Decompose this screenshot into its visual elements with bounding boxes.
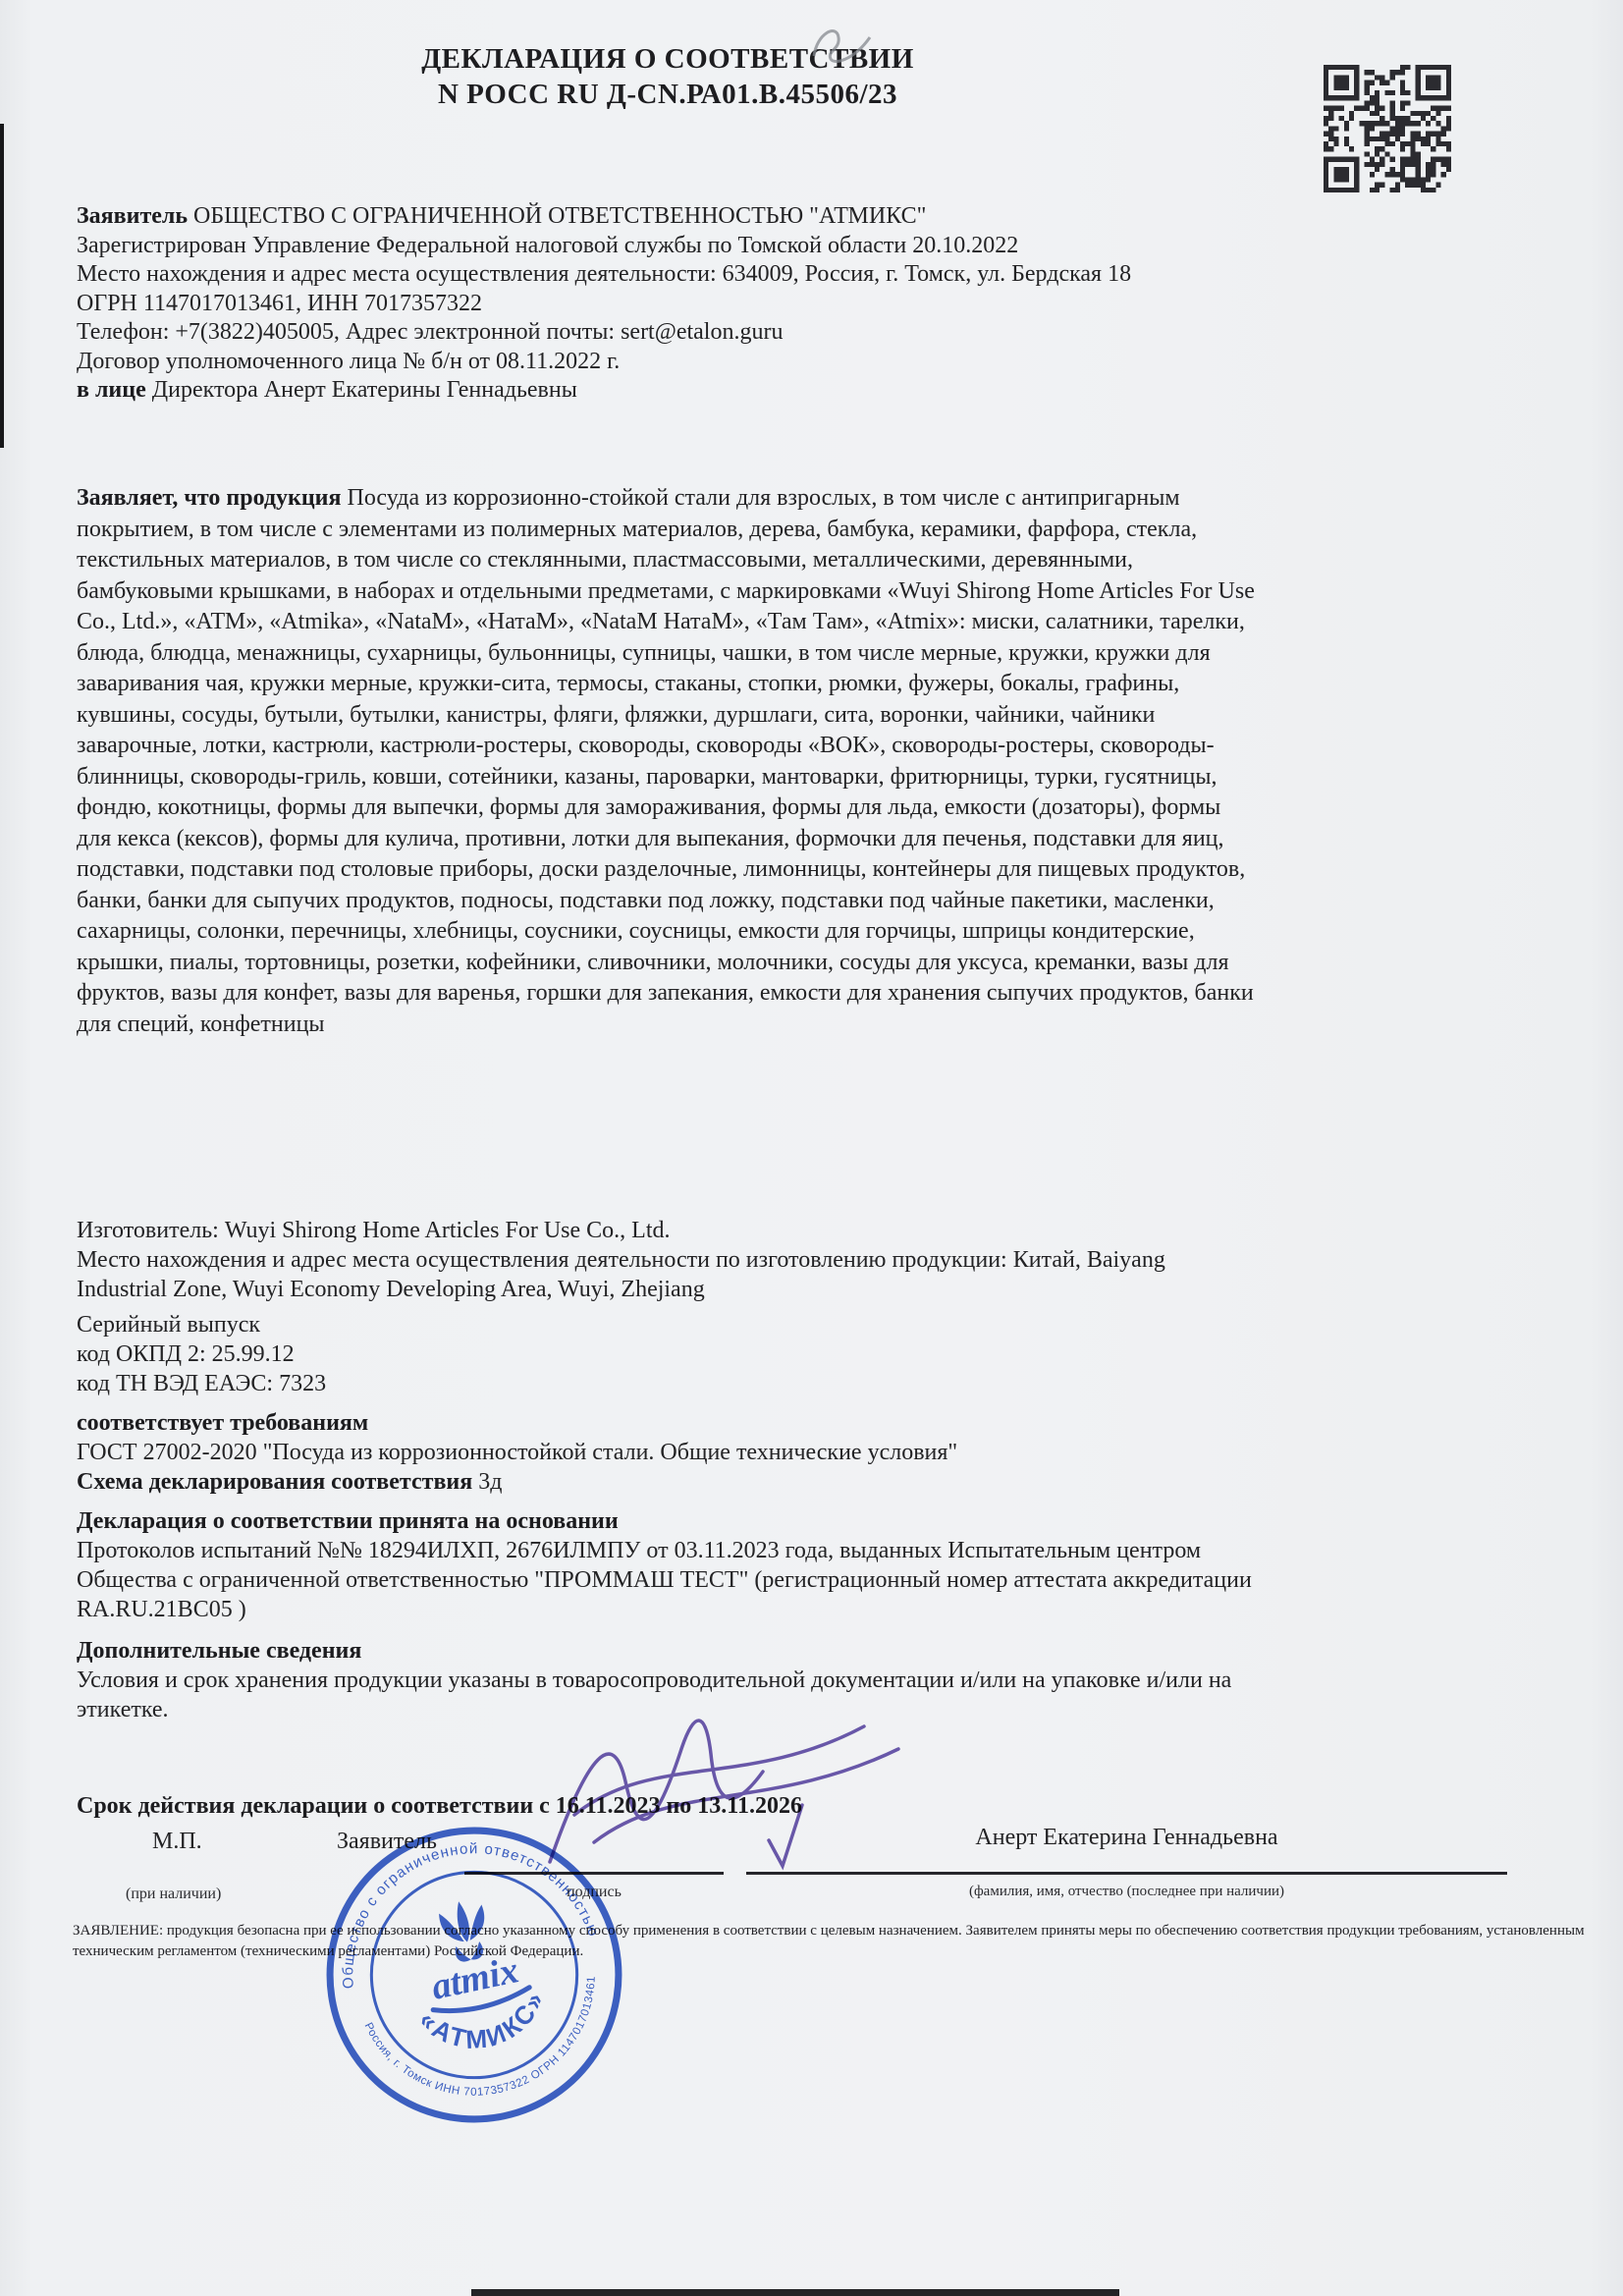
- okpd-code: код ОКПД 2: 25.99.12: [77, 1339, 1260, 1369]
- handwritten-signature: [535, 1695, 923, 1891]
- manufacturer-section: Изготовитель: Wuyi Shirong Home Articles…: [77, 1216, 1260, 1724]
- tnved-code: код ТН ВЭД ЕАЭС: 7323: [77, 1369, 1260, 1398]
- stamp-place-label: М.П.: [152, 1829, 202, 1855]
- applicant-name: ОБЩЕСТВО С ОГРАНИЧЕННОЙ ОТВЕТСТВЕННОСТЬЮ…: [193, 203, 926, 229]
- declaration-number: N РОСС RU Д-CN.РА01.В.45506/23: [79, 77, 1257, 112]
- declaration-schema-line: Схема декларирования соответствия 3д: [77, 1467, 1260, 1497]
- product-declaration-text: Посуда из коррозионно-стойкой стали для …: [77, 485, 1255, 1037]
- qr-code-icon: [1324, 65, 1451, 192]
- scan-artifact-bottom-bar: [471, 2289, 1119, 2296]
- qr-code: [1324, 65, 1451, 192]
- meets-requirements-label: соответствует требованиям: [77, 1410, 368, 1436]
- scan-artifact-pen-mark: [809, 22, 878, 66]
- applicant-section: Заявитель ОБЩЕСТВО С ОГРАНИЧЕННОЙ ОТВЕТС…: [77, 202, 1260, 406]
- product-declaration: Заявляет, что продукция Посуда из корроз…: [77, 483, 1260, 1040]
- applicant-in-person-line: в лице Директора Анерт Екатерины Геннадь…: [77, 376, 1260, 406]
- applicant-ogrn-inn: ОГРН 1147017013461, ИНН 7017357322: [77, 290, 1260, 319]
- in-person-label: в лице: [77, 377, 146, 403]
- scan-artifact-left-edge: [0, 124, 4, 448]
- product-declaration-label: Заявляет, что продукция: [77, 485, 341, 511]
- manufacturer-name: Изготовитель: Wuyi Shirong Home Articles…: [77, 1216, 1260, 1245]
- stamp-place-note: (при наличии): [126, 1886, 221, 1903]
- gost-standard: ГОСТ 27002-2020 "Посуда из коррозионност…: [77, 1438, 1260, 1467]
- schema-label: Схема декларирования соответствия: [77, 1469, 472, 1495]
- serial-release: Серийный выпуск: [77, 1310, 1260, 1339]
- applicant-address: Место нахождения и адрес места осуществл…: [77, 260, 1260, 290]
- document-title: ДЕКЛАРАЦИЯ О СООТВЕТСТВИИ N РОСС RU Д-CN…: [79, 41, 1257, 112]
- basis-label: Декларация о соответствии принята на осн…: [77, 1508, 619, 1534]
- document-title-line1: ДЕКЛАРАЦИЯ О СООТВЕТСТВИИ: [79, 41, 1257, 77]
- scanned-declaration-page: { "title": { "line1": "ДЕКЛАРАЦИЯ О СООТ…: [0, 0, 1623, 2296]
- applicant-label: Заявитель: [77, 203, 188, 229]
- applicant-contacts: Телефон: +7(3822)405005, Адрес электронн…: [77, 318, 1260, 348]
- manufacturer-address: Место нахождения и адрес места осуществл…: [77, 1245, 1260, 1304]
- in-person-value: Директора Анерт Екатерины Геннадьевны: [152, 377, 577, 403]
- statement-fine-print: ЗАЯВЛЕНИЕ: продукция безопасна при ее ис…: [73, 1921, 1590, 1962]
- basis-text: Протоколов испытаний №№ 18294ИЛХП, 2676И…: [77, 1536, 1260, 1624]
- additional-info-label: Дополнительные сведения: [77, 1638, 361, 1664]
- applicant-name-line: Заявитель ОБЩЕСТВО С ОГРАНИЧЕННОЙ ОТВЕТС…: [77, 202, 1260, 232]
- applicant-registered: Зарегистрирован Управление Федеральной н…: [77, 232, 1260, 261]
- applicant-contract: Договор уполномоченного лица № б/н от 08…: [77, 348, 1260, 377]
- schema-value: 3д: [478, 1469, 502, 1495]
